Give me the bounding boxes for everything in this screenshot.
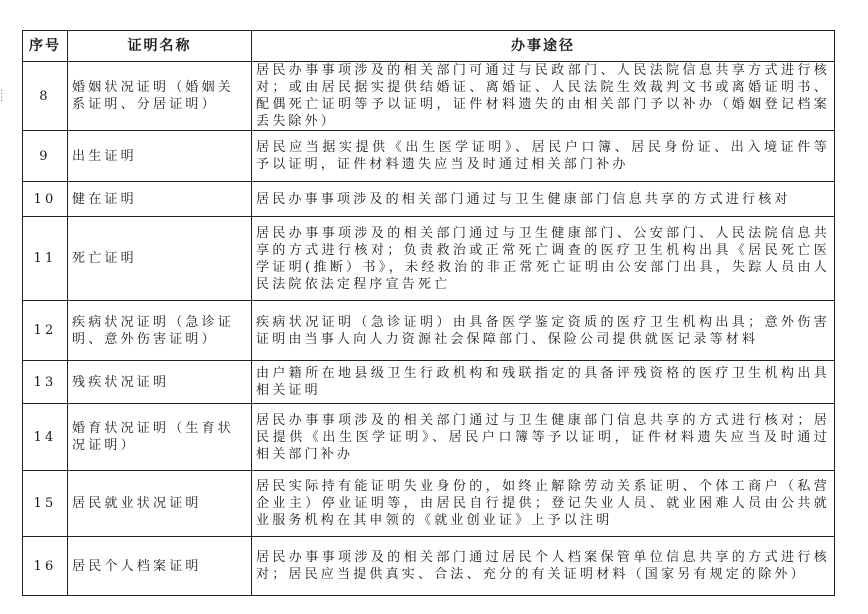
- row-number: 16: [23, 537, 68, 596]
- row-name: 死亡证明: [68, 217, 252, 301]
- row-name: 居民就业状况证明: [68, 471, 252, 537]
- table-row: 12 疾病状况证明（急诊证明、意外伤害证明） 疾病状况证明（急诊证明）由具备医学…: [23, 301, 835, 361]
- row-number: 15: [23, 471, 68, 537]
- header-number: 序号: [23, 31, 68, 62]
- table-row: 9 出生证明 居民应当据实提供《出生医学证明》、居民户口簿、居民身份证、出入境证…: [23, 131, 835, 182]
- table-row: 16 居民个人档案证明 居民办事事项涉及的相关部门通过居民个人档案保管单位信息共…: [23, 537, 835, 596]
- row-number: 9: [23, 131, 68, 182]
- row-number: 13: [23, 361, 68, 404]
- row-name: 残疾状况证明: [68, 361, 252, 404]
- header-name: 证明名称: [68, 31, 252, 62]
- row-number: 8: [23, 62, 68, 131]
- table-row: 8 婚姻状况证明（婚姻关系证明、分居证明） 居民办事事项涉及的相关部门可通过与民…: [23, 62, 835, 131]
- row-route: 由户籍所在地县级卫生行政机构和残联指定的具备评残资格的医疗卫生机构出具相关证明: [252, 361, 835, 404]
- row-route: 居民办事事项涉及的相关部门通过与卫生健康部门、公安部门、人民法院信息共享的方式进…: [252, 217, 835, 301]
- table-row: 14 婚育状况证明（生育状况证明） 居民办事事项涉及的相关部门通过与卫生健康部门…: [23, 404, 835, 471]
- row-name: 出生证明: [68, 131, 252, 182]
- row-name: 婚姻状况证明（婚姻关系证明、分居证明）: [68, 62, 252, 131]
- row-number: 10: [23, 182, 68, 217]
- certificate-table: 序号 证明名称 办事途径 8 婚姻状况证明（婚姻关系证明、分居证明） 居民办事事…: [22, 30, 835, 596]
- row-name: 婚育状况证明（生育状况证明）: [68, 404, 252, 471]
- row-route: 居民实际持有能证明失业身份的，如终止解除劳动关系证明、个体工商户（私营企业主）停…: [252, 471, 835, 537]
- row-number: 12: [23, 301, 68, 361]
- table-header-row: 序号 证明名称 办事途径: [23, 31, 835, 62]
- row-number: 14: [23, 404, 68, 471]
- row-route: 居民办事事项涉及的相关部门通过与卫生健康部门信息共享的方式进行核对；居民提供《出…: [252, 404, 835, 471]
- table-row: 13 残疾状况证明 由户籍所在地县级卫生行政机构和残联指定的具备评残资格的医疗卫…: [23, 361, 835, 404]
- table-row: 11 死亡证明 居民办事事项涉及的相关部门通过与卫生健康部门、公安部门、人民法院…: [23, 217, 835, 301]
- row-route: 居民办事事项涉及的相关部门可通过与民政部门、人民法院信息共享方式进行核对；或由居…: [252, 62, 835, 131]
- row-route: 疾病状况证明（急诊证明）由具备医学鉴定资质的医疗卫生机构出具；意外伤害证明由当事…: [252, 301, 835, 361]
- row-name: 疾病状况证明（急诊证明、意外伤害证明）: [68, 301, 252, 361]
- row-number: 11: [23, 217, 68, 301]
- table-row: 15 居民就业状况证明 居民实际持有能证明失业身份的，如终止解除劳动关系证明、个…: [23, 471, 835, 537]
- row-name: 健在证明: [68, 182, 252, 217]
- row-route: 居民应当据实提供《出生医学证明》、居民户口簿、居民身份证、出入境证件等予以证明，…: [252, 131, 835, 182]
- row-route: 居民办事事项涉及的相关部门通过与卫生健康部门信息共享的方式进行核对: [252, 182, 835, 217]
- page-edge-mark: ::: [0, 88, 4, 102]
- row-name: 居民个人档案证明: [68, 537, 252, 596]
- row-route: 居民办事事项涉及的相关部门通过居民个人档案保管单位信息共享的方式进行核对；居民应…: [252, 537, 835, 596]
- header-route: 办事途径: [252, 31, 835, 62]
- table-row: 10 健在证明 居民办事事项涉及的相关部门通过与卫生健康部门信息共享的方式进行核…: [23, 182, 835, 217]
